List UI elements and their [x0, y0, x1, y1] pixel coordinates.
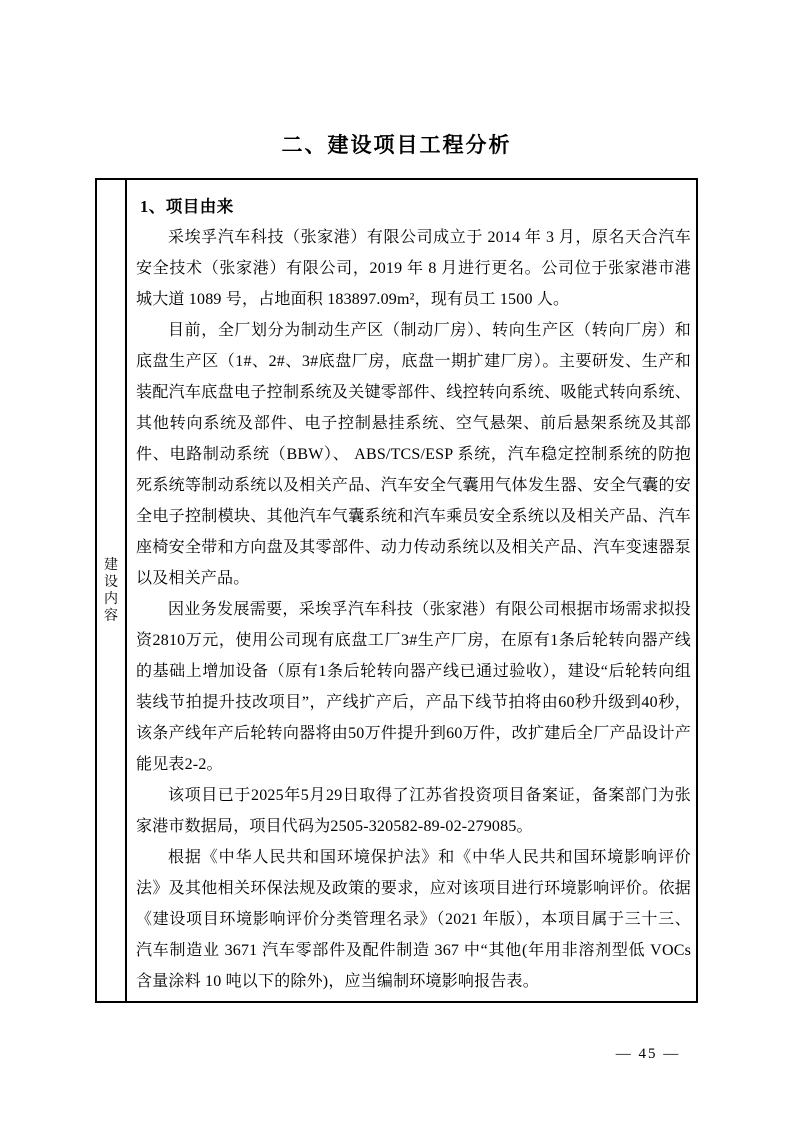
content-table: 建设内容 1、项目由来 采埃孚汽车科技（张家港）有限公司成立于 2014 年 3… [95, 178, 698, 1003]
page-title: 二、建设项目工程分析 [0, 129, 793, 159]
paragraph-project-filing: 该项目已于2025年5月29日取得了江苏省投资项目备案证，备案部门为张家港市数据… [136, 780, 691, 842]
section-heading: 1、项目由来 [136, 191, 691, 222]
page-number: — 45 — [558, 1046, 738, 1063]
paragraph-plant-layout: 目前，全厂划分为制动生产区（制动厂房）、转向生产区（转向厂房）和底盘生产区（1#… [136, 315, 691, 594]
row-label-cell: 建设内容 [97, 180, 127, 1001]
paragraph-eia-requirement: 根据《中华人民共和国环境保护法》和《中华人民共和国环境影响评价法》及其他相关环保… [136, 842, 691, 997]
paragraph-project-investment: 因业务发展需要，采埃孚汽车科技（张家港）有限公司根据市场需求拟投资2810万元，… [136, 594, 691, 780]
paragraph-company-intro: 采埃孚汽车科技（张家港）有限公司成立于 2014 年 3 月，原名天合汽车安全技… [136, 222, 691, 315]
row-label: 建设内容 [103, 557, 119, 625]
content-cell: 1、项目由来 采埃孚汽车科技（张家港）有限公司成立于 2014 年 3 月，原名… [127, 180, 696, 1001]
